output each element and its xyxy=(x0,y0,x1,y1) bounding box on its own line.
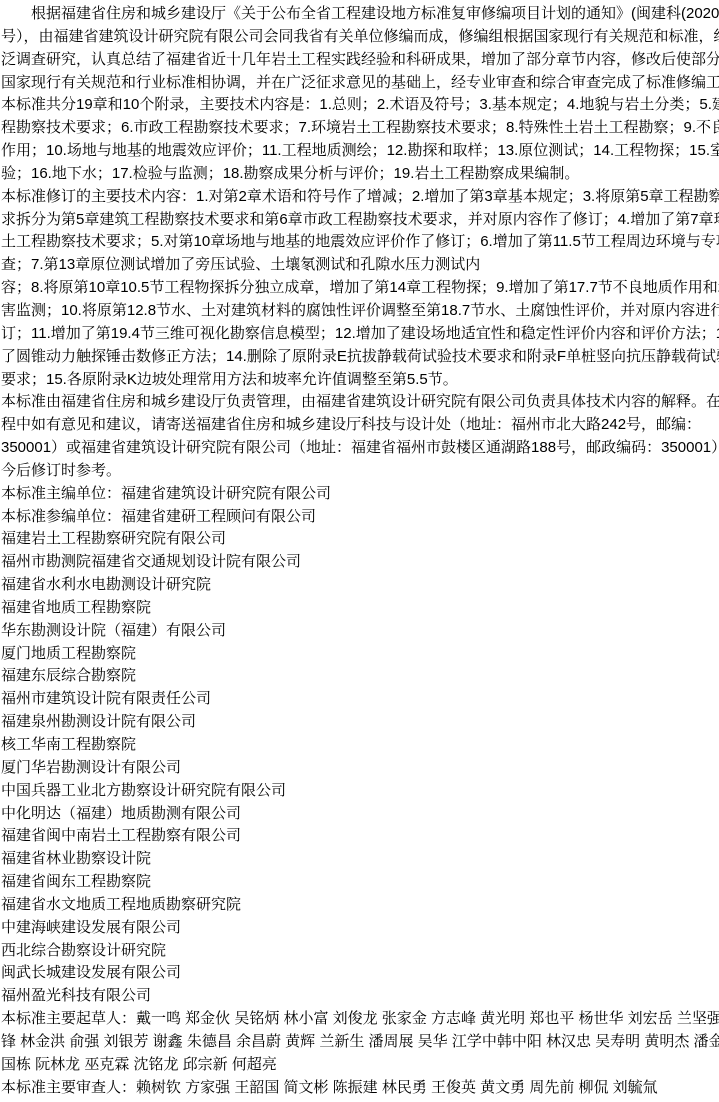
text-line: 福建省水利水电勘测设计研究院 xyxy=(1,574,719,597)
text-line: 国家现行有关规范和行业标准相协调，并在广泛征求意见的基础上，经专业审查和综合审查… xyxy=(1,72,719,95)
text-line: 福建省闽中南岩土工程勘察有限公司 xyxy=(1,825,719,848)
text-line: 福建泉州勘测设计院有限公司 xyxy=(1,711,719,734)
text-line: 害监测；10.将原第12.8节水、土对建筑材料的腐蚀性评价调整至第18.7节水、… xyxy=(1,300,719,323)
text-line: 核工华南工程勘察院 xyxy=(1,734,719,757)
document-body: 根据福建省住房和城乡建设厅《关于公布全省工程建设地方标准复审修编项目计划的通知》… xyxy=(0,0,719,1102)
text-line: 福建东辰综合勘察院 xyxy=(1,665,719,688)
text-line: 福建省地质工程勘察院 xyxy=(1,597,719,620)
text-line: 福州市勘测院福建省交通规划设计院有限公司 xyxy=(1,551,719,574)
text-line: 福建省水文地质工程地质勘察研究院 xyxy=(1,894,719,917)
text-line: 福建岩土工程勘察研究院有限公司 xyxy=(1,528,719,551)
text-line: 容；8.将原第10章10.5节工程物探拆分独立成章，增加了第14章工程物探；9.… xyxy=(1,277,719,300)
text-line: 福建省闽东工程勘察院 xyxy=(1,871,719,894)
text-line: 验；16.地下水；17.检验与监测；18.勘察成果分析与评价；19.岩土工程勘察… xyxy=(1,163,719,186)
text-line: 350001）或福建省建筑设计研究院有限公司（地址：福建省福州市鼓楼区通湖路18… xyxy=(1,437,719,460)
text-line: 了圆锥动力触探锤击数修正方法；14.删除了原附录E抗拔静载荷试验技术要求和附录F… xyxy=(1,346,719,369)
text-line: 今后修订时参考。 xyxy=(1,460,719,483)
text-line: 中化明达（福建）地质勘测有限公司 xyxy=(1,803,719,826)
text-line: 西北综合勘察设计研究院 xyxy=(1,940,719,963)
text-line: 中建海峡建设发展有限公司 xyxy=(1,917,719,940)
text-line: 福州盈光科技有限公司 xyxy=(1,985,719,1008)
text-line: 本标准由福建省住房和城乡建设厅负责管理，由福建省建筑设计研究院有限公司负责具体技… xyxy=(1,391,719,414)
text-line: 订；11.增加了第19.4节三维可视化勘察信息模型；12.增加了建设场地适宜性和… xyxy=(1,323,719,346)
text-line: 厦门华岩勘测设计有限公司 xyxy=(1,757,719,780)
text-line: 本标准修订的主要技术内容：1.对第2章术语和符号作了增减；2.增加了第3章基本规… xyxy=(1,186,719,209)
text-line: 根据福建省住房和城乡建设厅《关于公布全省工程建设地方标准复审修编项目计划的通知》… xyxy=(1,3,719,26)
text-line: 国栋 阮林龙 巫克霖 沈铭龙 邱宗新 何超亮 xyxy=(1,1054,719,1077)
text-line: 程中如有意见和建议，请寄送福建省住房和城乡建设厅科技与设计处（地址：福州市北大路… xyxy=(1,414,719,437)
text-line: 福州市建筑设计院有限责任公司 xyxy=(1,688,719,711)
text-line: 泛调查研究，认真总结了福建省近十几年岩土工程实践经验和科研成果，增加了部分章节内… xyxy=(1,49,719,72)
text-line: 本标准主要起草人：戴一鸣 郑金伙 吴铭炳 林小富 刘俊龙 张家金 方志峰 黄光明… xyxy=(1,1008,719,1031)
text-line: 本标准参编单位：福建省建研工程顾问有限公司 xyxy=(1,506,719,529)
text-line: 求拆分为第5章建筑工程勘察技术要求和第6章市政工程勘察技术要求，并对原内容作了修… xyxy=(1,209,719,232)
text-line: 作用；10.场地与地基的地震效应评价；11.工程地质测绘；12.勘探和取样；13… xyxy=(1,140,719,163)
text-line: 福建省林业勘察设计院 xyxy=(1,848,719,871)
text-line: 华东勘测设计院（福建）有限公司 xyxy=(1,620,719,643)
text-line: 本标准主要审查人：赖树钦 方家强 王韶国 简文彬 陈振建 林民勇 王俊英 黄文勇… xyxy=(1,1077,719,1100)
text-line: 程勘察技术要求；6.市政工程勘察技术要求；7.环境岩土工程勘察技术要求；8.特殊… xyxy=(1,117,719,140)
text-line: 中国兵器工业北方勘察设计研究院有限公司 xyxy=(1,780,719,803)
text-line: 闽武长城建设发展有限公司 xyxy=(1,962,719,985)
text-line: 厦门地质工程勘察院 xyxy=(1,643,719,666)
text-line: 本标准主编单位：福建省建筑设计研究院有限公司 xyxy=(1,483,719,506)
text-line: 本标准共分19章和10个附录，主要技术内容是：1.总则；2.术语及符号；3.基本… xyxy=(1,94,719,117)
text-line: 号），由福建省建筑设计研究院有限公司会同我省有关单位修编而成，修编组根据国家现行… xyxy=(1,26,719,49)
text-line: 土工程勘察技术要求；5.对第10章场地与地基的地震效应评价作了修订；6.增加了第… xyxy=(1,231,719,254)
text-line: 要求；15.各原附录K边坡处理常用方法和坡率允许值调整至第5.5节。 xyxy=(1,369,719,392)
text-line: 锋 林金洪 俞强 刘银芳 谢鑫 朱德昌 余昌蔚 黄辉 兰新生 潘周展 吴华 江学… xyxy=(1,1031,719,1054)
text-line: 查；7.第13章原位测试增加了旁压试验、土壤氡测试和孔隙水压力测试内 xyxy=(1,254,719,277)
